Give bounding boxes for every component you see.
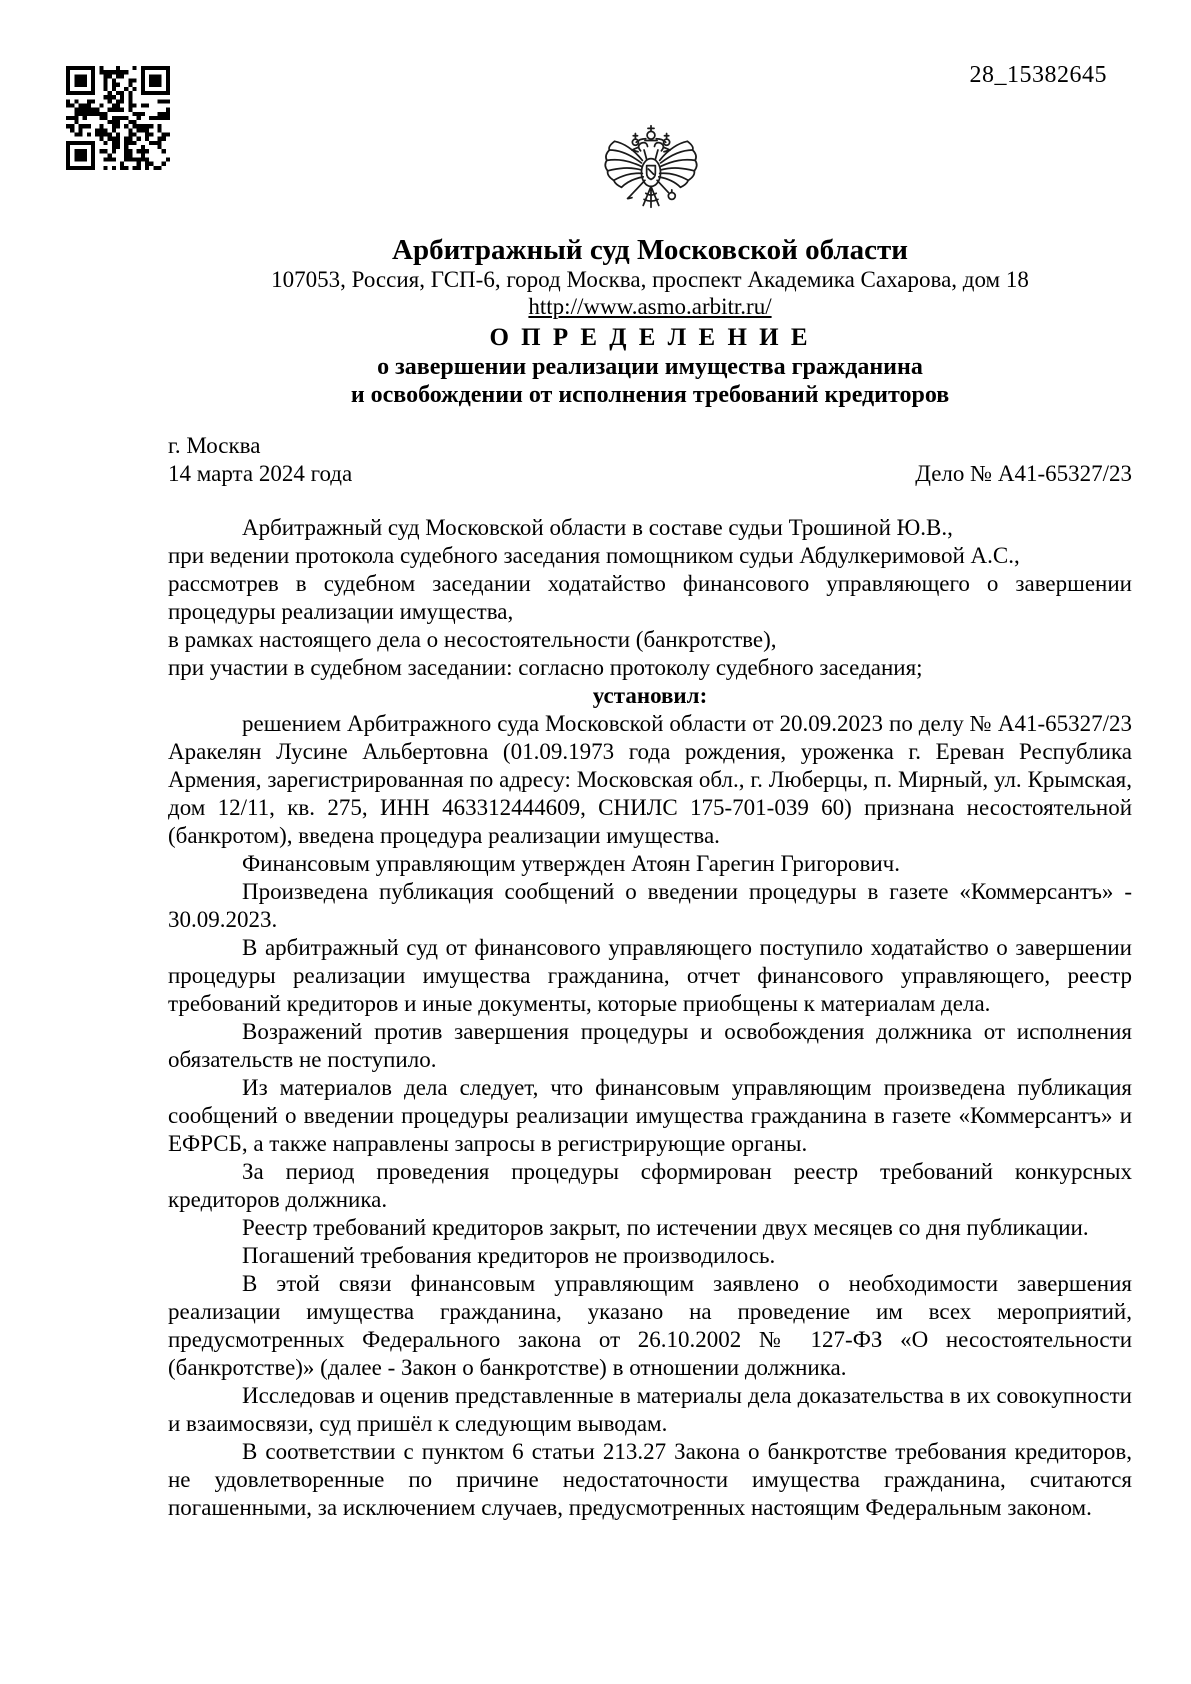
body-paragraph: В арбитражный суд от финансового управля… <box>168 934 1132 1018</box>
document-number: 28_15382645 <box>970 62 1108 89</box>
body-paragraph: Реестр требований кредиторов закрыт, по … <box>168 1214 1132 1242</box>
document-date: 14 марта 2024 года <box>168 460 352 488</box>
ruling-body: Арбитражный суд Московской области в сос… <box>168 514 1132 1522</box>
body-paragraph: Возражений против завершения процедуры и… <box>168 1018 1132 1074</box>
body-paragraph: Финансовым управляющим утвержден Атоян Г… <box>168 850 1132 878</box>
body-paragraph: Произведена публикация сообщений о введе… <box>168 878 1132 934</box>
document-subtitle-line2: и освобождении от исполнения требований … <box>168 381 1132 409</box>
case-number: Дело № А41-65327/23 <box>915 460 1132 488</box>
court-address: 107053, Россия, ГСП-6, город Москва, про… <box>168 266 1132 294</box>
body-paragraph: установил: <box>168 682 1132 710</box>
body-paragraph: в рамках настоящего дела о несостоятельн… <box>168 626 1132 654</box>
document-header: Арбитражный суд Московской области 10705… <box>168 234 1132 409</box>
court-website-link[interactable]: http://www.asmo.arbitr.ru/ <box>528 294 771 319</box>
body-paragraph: решением Арбитражного суда Московской об… <box>168 710 1132 850</box>
body-paragraph: при участии в судебном заседании: соглас… <box>168 654 1132 682</box>
russian-coat-of-arms-icon <box>599 122 703 230</box>
body-paragraph: Погашений требования кредиторов не произ… <box>168 1242 1132 1270</box>
court-ruling-page: 28_15382645 <box>0 0 1191 1684</box>
court-website-line: http://www.asmo.arbitr.ru/ <box>168 294 1132 320</box>
body-paragraph: В соответствии с пунктом 6 статьи 213.27… <box>168 1438 1132 1522</box>
date-case-row: 14 марта 2024 года Дело № А41-65327/23 <box>168 460 1132 488</box>
body-paragraph: при ведении протокола судебного заседани… <box>168 542 1132 570</box>
body-paragraph: В этой связи финансовым управляющим заяв… <box>168 1270 1132 1382</box>
body-paragraph: За период проведения процедуры сформиров… <box>168 1158 1132 1214</box>
body-paragraph: Из материалов дела следует, что финансов… <box>168 1074 1132 1158</box>
document-type-title: О П Р Е Д Е Л Е Н И Е <box>168 323 1132 353</box>
document-subtitle-line1: о завершении реализации имущества гражда… <box>168 353 1132 381</box>
body-paragraph: Исследовав и оценив представленные в мат… <box>168 1382 1132 1438</box>
qr-code <box>66 66 170 170</box>
court-name: Арбитражный суд Московской области <box>168 234 1132 266</box>
body-paragraph: рассмотрев в судебном заседании ходатайс… <box>168 570 1132 626</box>
body-paragraph: Арбитражный суд Московской области в сос… <box>168 514 1132 542</box>
place-line: г. Москва <box>168 432 1132 460</box>
